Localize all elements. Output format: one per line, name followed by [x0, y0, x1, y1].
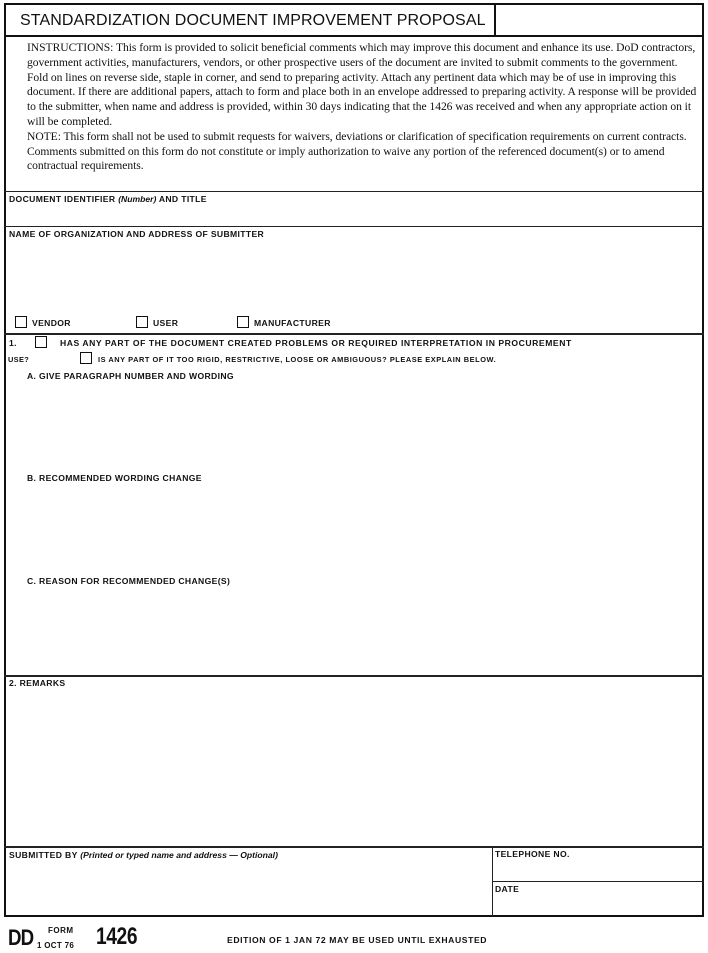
label-main: SUBMITTED BY: [9, 850, 78, 860]
note-text: NOTE: This form shall not be used to sub…: [27, 130, 699, 174]
date-label: DATE: [495, 884, 519, 894]
form-number: 1426: [96, 923, 137, 951]
reason-for-change-field[interactable]: [6, 588, 702, 673]
remarks-label: 2. REMARKS: [9, 678, 66, 688]
submitted-by-label: SUBMITTED BY (Printed or typed name and …: [9, 850, 278, 860]
instructions-text: INSTRUCTIONS: This form is provided to s…: [27, 41, 699, 130]
vendor-label: VENDOR: [32, 318, 71, 328]
user-checkbox[interactable]: [136, 316, 148, 328]
submitted-by-field[interactable]: [6, 861, 490, 915]
too-rigid-checkbox[interactable]: [80, 352, 92, 364]
organization-label: NAME OF ORGANIZATION AND ADDRESS OF SUBM…: [9, 229, 264, 239]
title-cell: STANDARDIZATION DOCUMENT IMPROVEMENT PRO…: [4, 3, 496, 37]
procurement-problems-label: HAS ANY PART OF THE DOCUMENT CREATED PRO…: [60, 338, 572, 348]
label-main: DOCUMENT IDENTIFIER: [9, 194, 115, 204]
document-identifier-field[interactable]: [6, 205, 702, 225]
manufacturer-checkbox[interactable]: [237, 316, 249, 328]
label-italic: (Number): [118, 194, 156, 204]
telephone-label: TELEPHONE NO.: [495, 849, 570, 859]
telephone-field[interactable]: [495, 860, 702, 880]
user-label: USER: [153, 318, 178, 328]
form-word: FORM: [48, 926, 74, 935]
dd-mark: DD: [8, 925, 33, 951]
recommended-wording-field[interactable]: [6, 485, 702, 573]
form-title: STANDARDIZATION DOCUMENT IMPROVEMENT PRO…: [20, 12, 486, 30]
divider: [4, 191, 704, 192]
divider: [4, 226, 704, 227]
paragraph-wording-field[interactable]: [6, 383, 702, 468]
remarks-field[interactable]: [6, 690, 702, 844]
instructions-block: INSTRUCTIONS: This form is provided to s…: [27, 41, 699, 174]
organization-address-field[interactable]: [6, 240, 702, 310]
form-date: 1 OCT 76: [37, 941, 74, 950]
question-1-number: 1.: [9, 338, 17, 348]
reason-for-change-label: C. REASON FOR RECOMMENDED CHANGE(S): [27, 576, 230, 586]
procurement-problems-checkbox[interactable]: [35, 336, 47, 348]
manufacturer-label: MANUFACTURER: [254, 318, 331, 328]
divider: [4, 846, 704, 848]
label-italic: (Printed or typed name and address — Opt…: [80, 850, 278, 860]
paragraph-wording-label: A. GIVE PARAGRAPH NUMBER AND WORDING: [27, 371, 234, 381]
recommended-wording-label: B. RECOMMENDED WORDING CHANGE: [27, 473, 202, 483]
divider: [4, 675, 704, 677]
label-suffix: AND TITLE: [159, 194, 207, 204]
divider: [493, 881, 704, 882]
vendor-checkbox[interactable]: [15, 316, 27, 328]
date-field[interactable]: [495, 895, 702, 915]
divider: [4, 333, 704, 335]
too-rigid-label: IS ANY PART OF IT TOO RIGID, RESTRICTIVE…: [98, 355, 496, 364]
edition-note: EDITION OF 1 JAN 72 MAY BE USED UNTIL EX…: [227, 935, 487, 945]
procurement-problems-label-cont: USE?: [8, 355, 29, 364]
document-identifier-label: DOCUMENT IDENTIFIER (Number) AND TITLE: [9, 194, 207, 204]
title-blank-box[interactable]: [496, 3, 704, 37]
